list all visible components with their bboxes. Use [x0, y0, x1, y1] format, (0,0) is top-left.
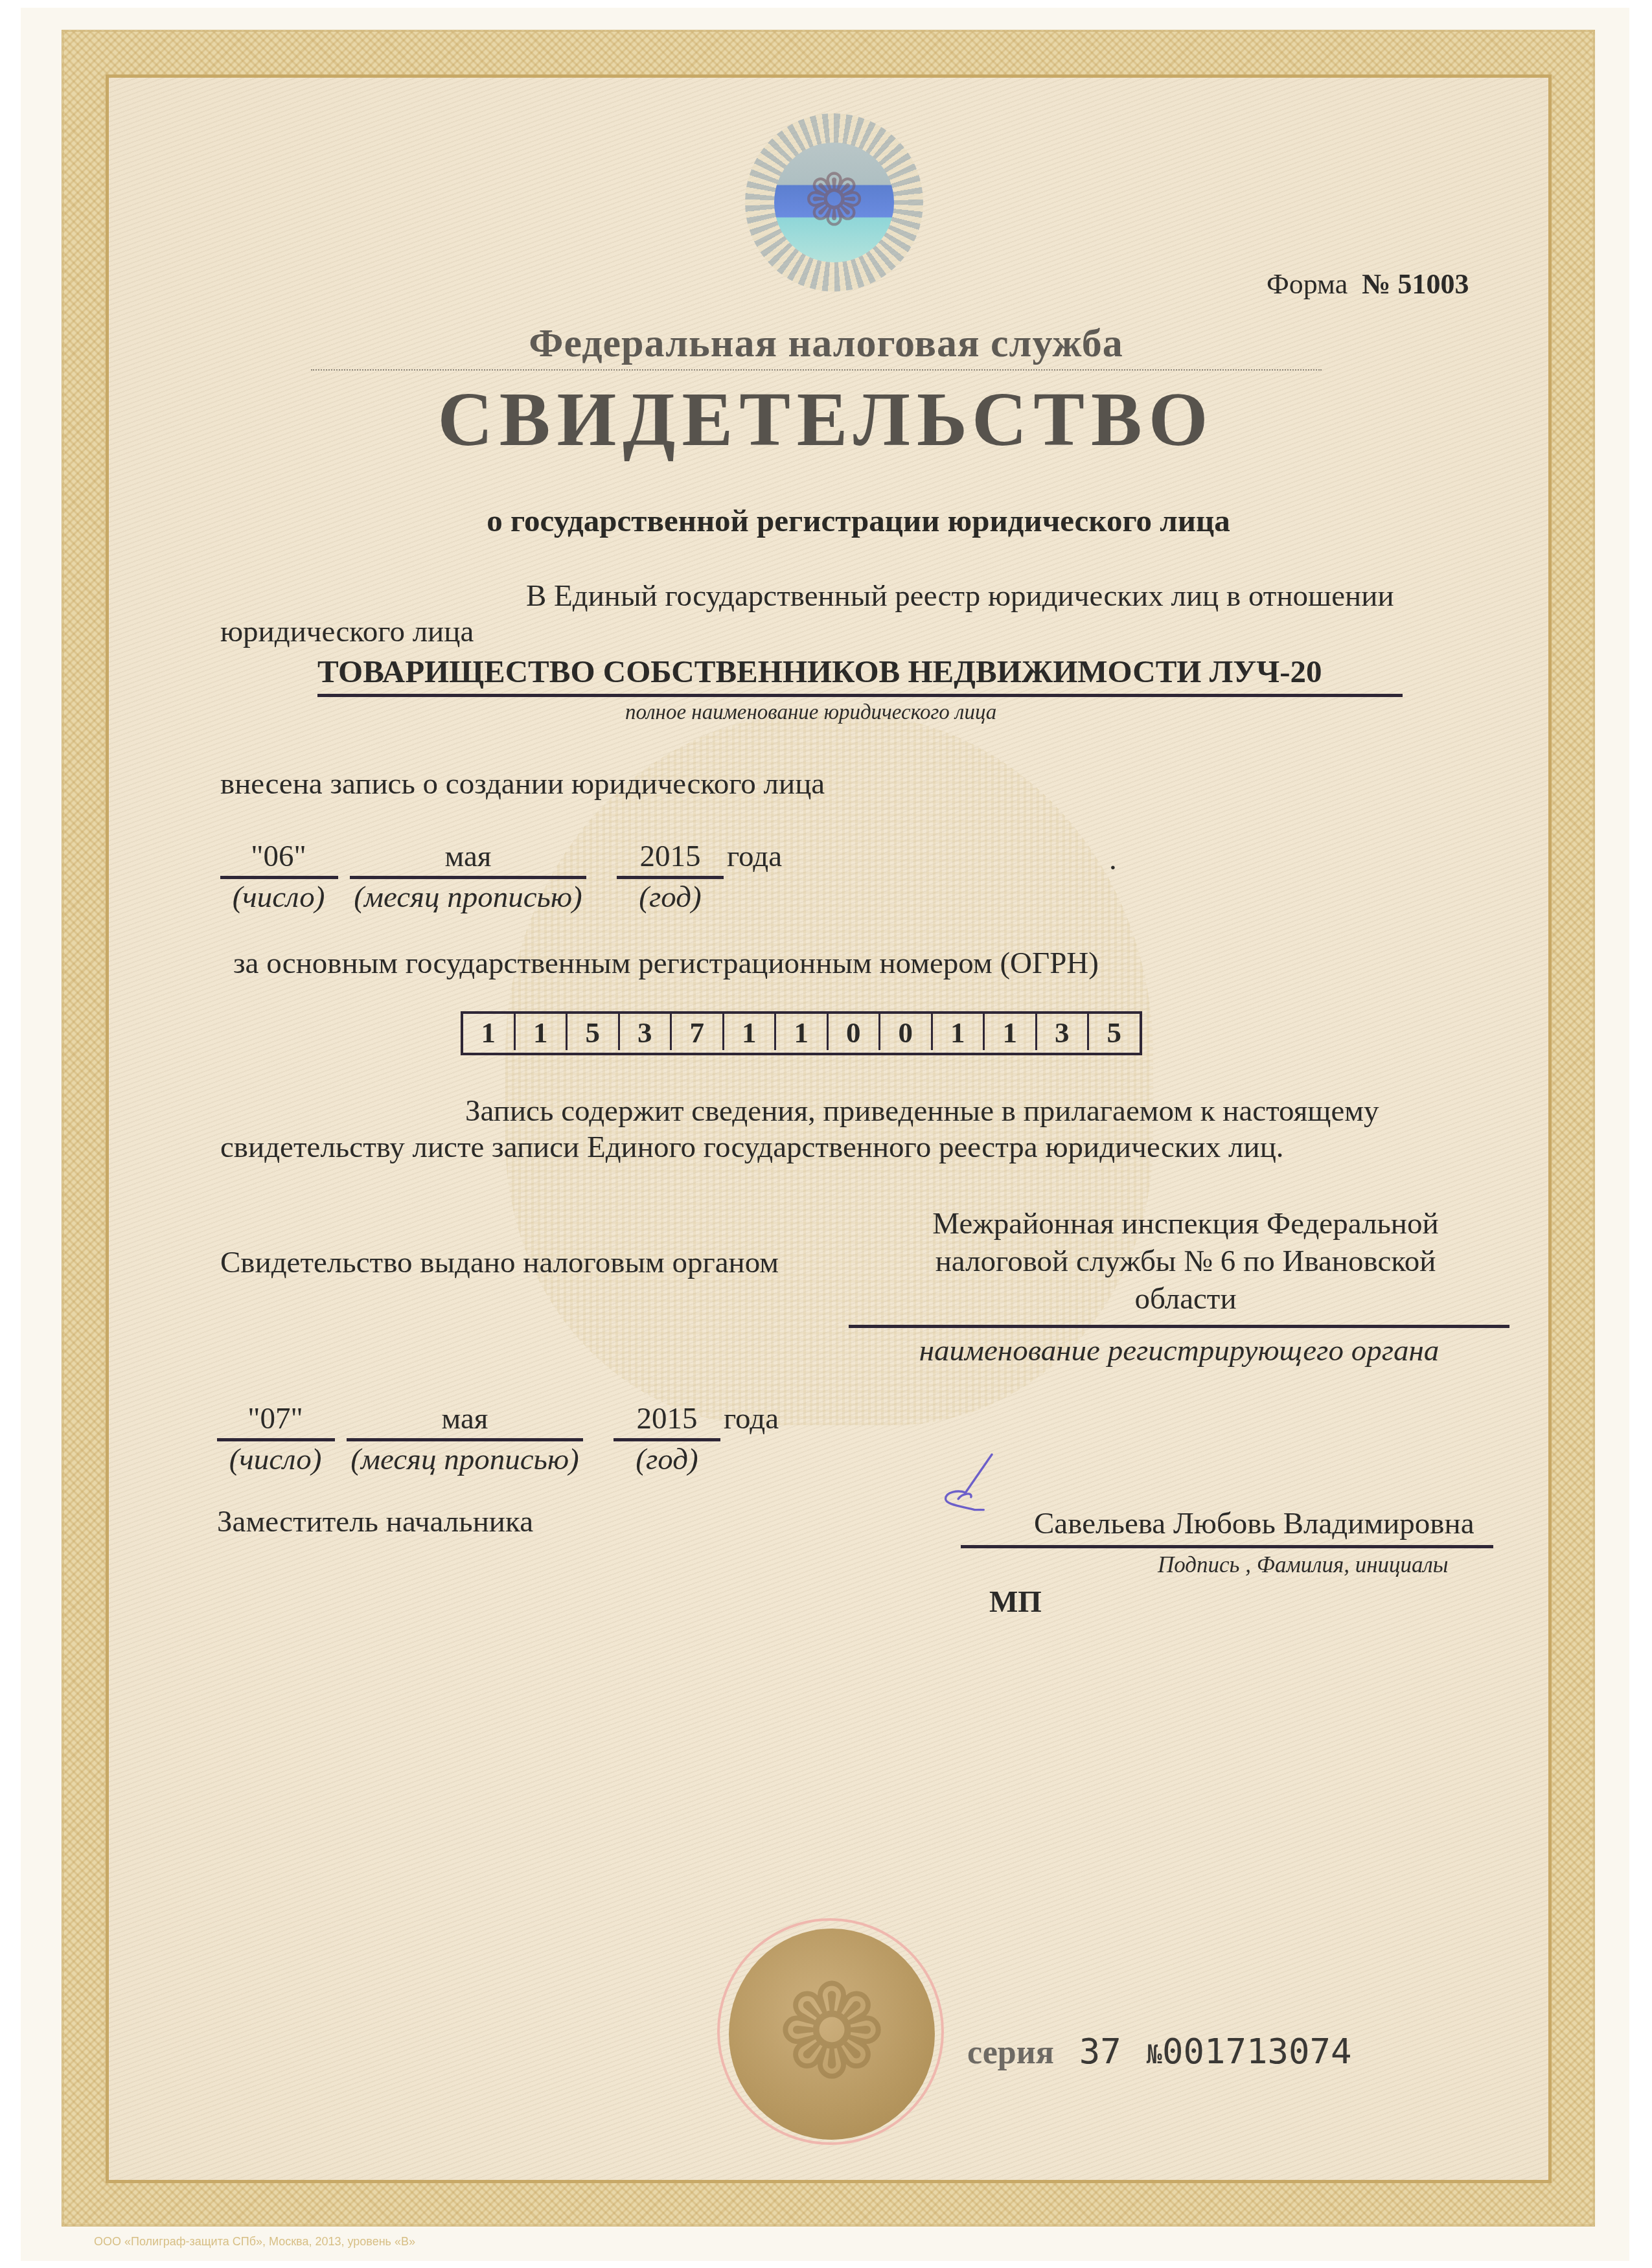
registration-year: 2015 [617, 839, 724, 874]
signature-icon [933, 1438, 1024, 1529]
issue-year-underline [614, 1438, 720, 1441]
record-contains-line-1: Запись содержит сведения, приведенные в … [465, 1094, 1379, 1128]
serial-number-sign: № [1147, 2040, 1162, 2070]
ogrn-digit-cell: 1 [463, 1014, 516, 1050]
serial-number: серия 37 №001713074 [967, 2031, 1352, 2072]
ogrn-number-grid: 1153711001135 [461, 1011, 1142, 1055]
ogrn-digit-cell: 1 [933, 1014, 985, 1050]
issue-year: 2015 [614, 1401, 720, 1436]
ogrn-digit-cell: 0 [829, 1014, 881, 1050]
entity-name: ТОВАРИЩЕСТВО СОБСТВЕННИКОВ НЕДВИЖИМОСТИ … [317, 653, 1322, 690]
issue-month: мая [347, 1401, 583, 1436]
issue-day-underline [217, 1438, 335, 1441]
issue-day: "07" [217, 1401, 334, 1436]
registration-month-caption: (месяц прописью) [350, 880, 586, 915]
form-number-value: 51003 [1397, 268, 1469, 300]
signer-position: Заместитель начальника [217, 1504, 533, 1539]
registration-year-suffix: года [727, 839, 782, 874]
issue-year-suffix: года [724, 1401, 779, 1436]
ogrn-digit-cell: 5 [568, 1014, 620, 1050]
ogrn-digit-cell: 1 [985, 1014, 1037, 1050]
registration-day: "06" [220, 839, 337, 874]
ogrn-digit-cell: 3 [620, 1014, 672, 1050]
entity-name-underline [317, 694, 1403, 697]
ogrn-digit-cell: 1 [724, 1014, 777, 1050]
ogrn-digit-cell: 1 [776, 1014, 829, 1050]
agency-divider [311, 369, 1322, 371]
ogrn-digit-cell: 0 [880, 1014, 933, 1050]
agency-heading: Федеральная налоговая служба [0, 321, 1652, 367]
registration-month-underline [350, 876, 586, 879]
eagle-icon: ❁ [797, 159, 871, 243]
issuing-authority-line-1: Межрайонная инспекция Федеральной [852, 1206, 1519, 1241]
ogrn-digit-cell: 5 [1089, 1014, 1140, 1050]
signer-caption: Подпись , Фамилия, инициалы [1158, 1552, 1449, 1578]
serial-number-value: 001713074 [1162, 2031, 1352, 2072]
issuing-authority-caption: наименование регистрирующего органа [849, 1333, 1509, 1368]
stamp-place-label: МП [989, 1585, 1042, 1620]
seal-eagle-icon: ❁ [729, 1929, 935, 2140]
registration-day-underline [220, 876, 338, 879]
registration-trailing-dot: . [1109, 842, 1117, 877]
ogrn-digit-cell: 7 [672, 1014, 724, 1050]
document-subtitle: о государственной регистрации юридическо… [32, 502, 1652, 539]
issued-by-label: Свидетельство выдано налоговым органом [220, 1245, 779, 1280]
record-contains-line-2: свидетельству листе записи Единого госуд… [220, 1130, 1284, 1165]
hologram-emblem-icon: ❁ [745, 113, 923, 292]
ogrn-label: за основным государственным регистрацион… [233, 946, 1099, 981]
document-title: СВИДЕТЕЛЬСТВО [0, 376, 1652, 464]
seal-disc: ❁ [729, 1929, 935, 2140]
printer-imprint: ООО «Полиграф-защита СПб», Москва, 2013,… [94, 2235, 415, 2249]
issuing-authority-underline [849, 1325, 1509, 1328]
registration-year-underline [617, 876, 724, 879]
form-number: Форма № 51003 [1267, 268, 1469, 301]
issue-month-caption: (месяц прописью) [347, 1442, 583, 1477]
ogrn-digit-cell: 1 [516, 1014, 568, 1050]
hologram-flag: ❁ [774, 143, 894, 262]
intro-line-2: юридического лица [220, 614, 474, 649]
registration-year-caption: (год) [617, 880, 724, 915]
entity-name-caption: полное наименование юридического лица [625, 701, 996, 725]
issuing-authority-line-2: налоговой службы № 6 по Ивановской [852, 1244, 1519, 1279]
signer-underline [961, 1545, 1493, 1548]
registration-month: мая [350, 839, 586, 874]
series-value: 37 [1079, 2031, 1121, 2072]
issuing-authority-line-3: области [852, 1281, 1519, 1316]
form-label: Форма [1267, 268, 1348, 300]
record-made-text: внесена запись о создании юридического л… [220, 766, 825, 801]
series-label: серия [967, 2034, 1054, 2071]
ogrn-digit-cell: 3 [1037, 1014, 1090, 1050]
issue-month-underline [347, 1438, 583, 1441]
eagle-watermark-icon [505, 713, 1153, 1425]
intro-line-1: В Единый государственный реестр юридичес… [526, 578, 1394, 613]
signer-name: Савельева Любовь Владимировна [1034, 1506, 1474, 1541]
issue-year-caption: (год) [614, 1442, 720, 1477]
gold-seal-icon: ❁ [717, 1918, 944, 2145]
issue-day-caption: (число) [217, 1442, 334, 1477]
registration-day-caption: (число) [220, 880, 337, 915]
form-number-sign: № [1362, 268, 1390, 300]
